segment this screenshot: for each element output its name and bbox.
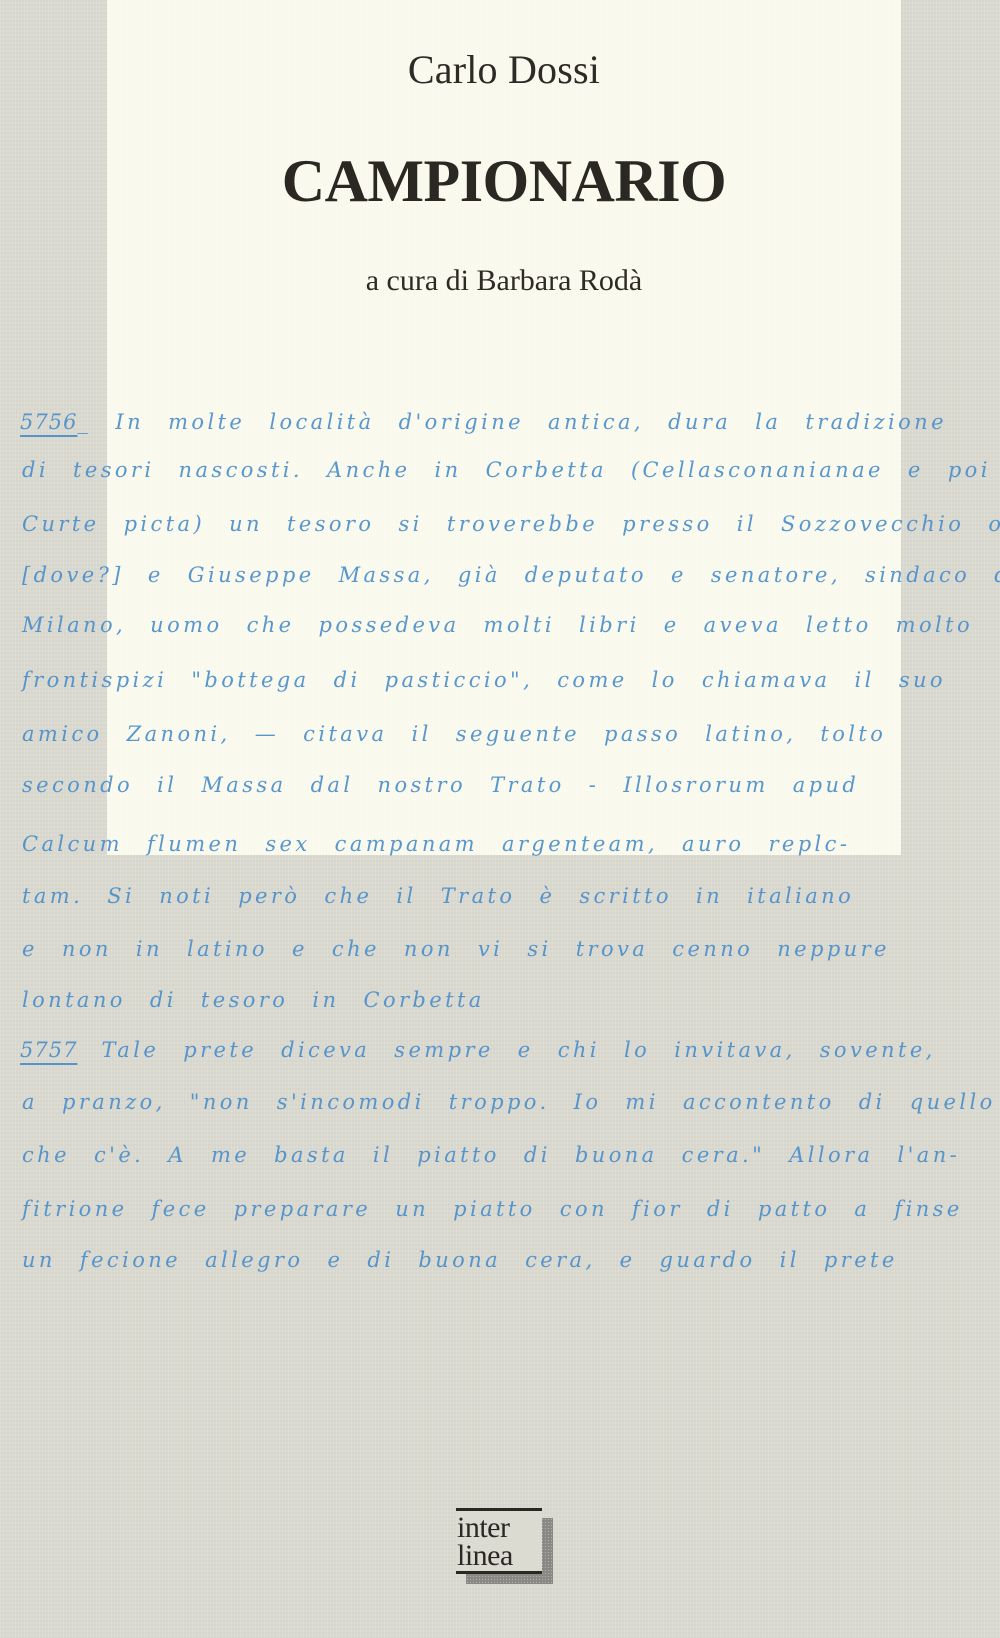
book-cover: 5756_ In molte località d'origine antica… (0, 0, 1000, 1638)
manuscript-line: un fecione allegro e di buona cera, e gu… (22, 1248, 898, 1272)
manuscript-line: 5757 Tale prete diceva sempre e chi lo i… (20, 1038, 936, 1062)
logo-word-inter: inter (457, 1514, 509, 1542)
manuscript-line: che c'è. A me basta il piatto di buona c… (22, 1143, 960, 1167)
publisher-logo: inter linea (456, 1508, 553, 1584)
manuscript-line: tam. Si noti però che il Trato è scritto… (22, 884, 854, 908)
manuscript-line: lontano di tesoro in Corbetta (22, 988, 485, 1012)
book-title: CAMPIONARIO (107, 147, 901, 216)
manuscript-line: a pranzo, "non s'incomodi troppo. Io mi … (22, 1090, 996, 1114)
manuscript-line: e non in latino e che non vi si trova ce… (22, 937, 890, 961)
author-name: Carlo Dossi (107, 46, 901, 93)
editor-credit: a cura di Barbara Rodà (107, 264, 901, 298)
manuscript-line: fitrione fece preparare un piatto con fi… (22, 1197, 963, 1221)
logo-word-linea: linea (457, 1542, 513, 1570)
logo-box: inter linea (456, 1508, 542, 1574)
title-panel: Carlo Dossi CAMPIONARIO a cura di Barbar… (107, 0, 901, 855)
